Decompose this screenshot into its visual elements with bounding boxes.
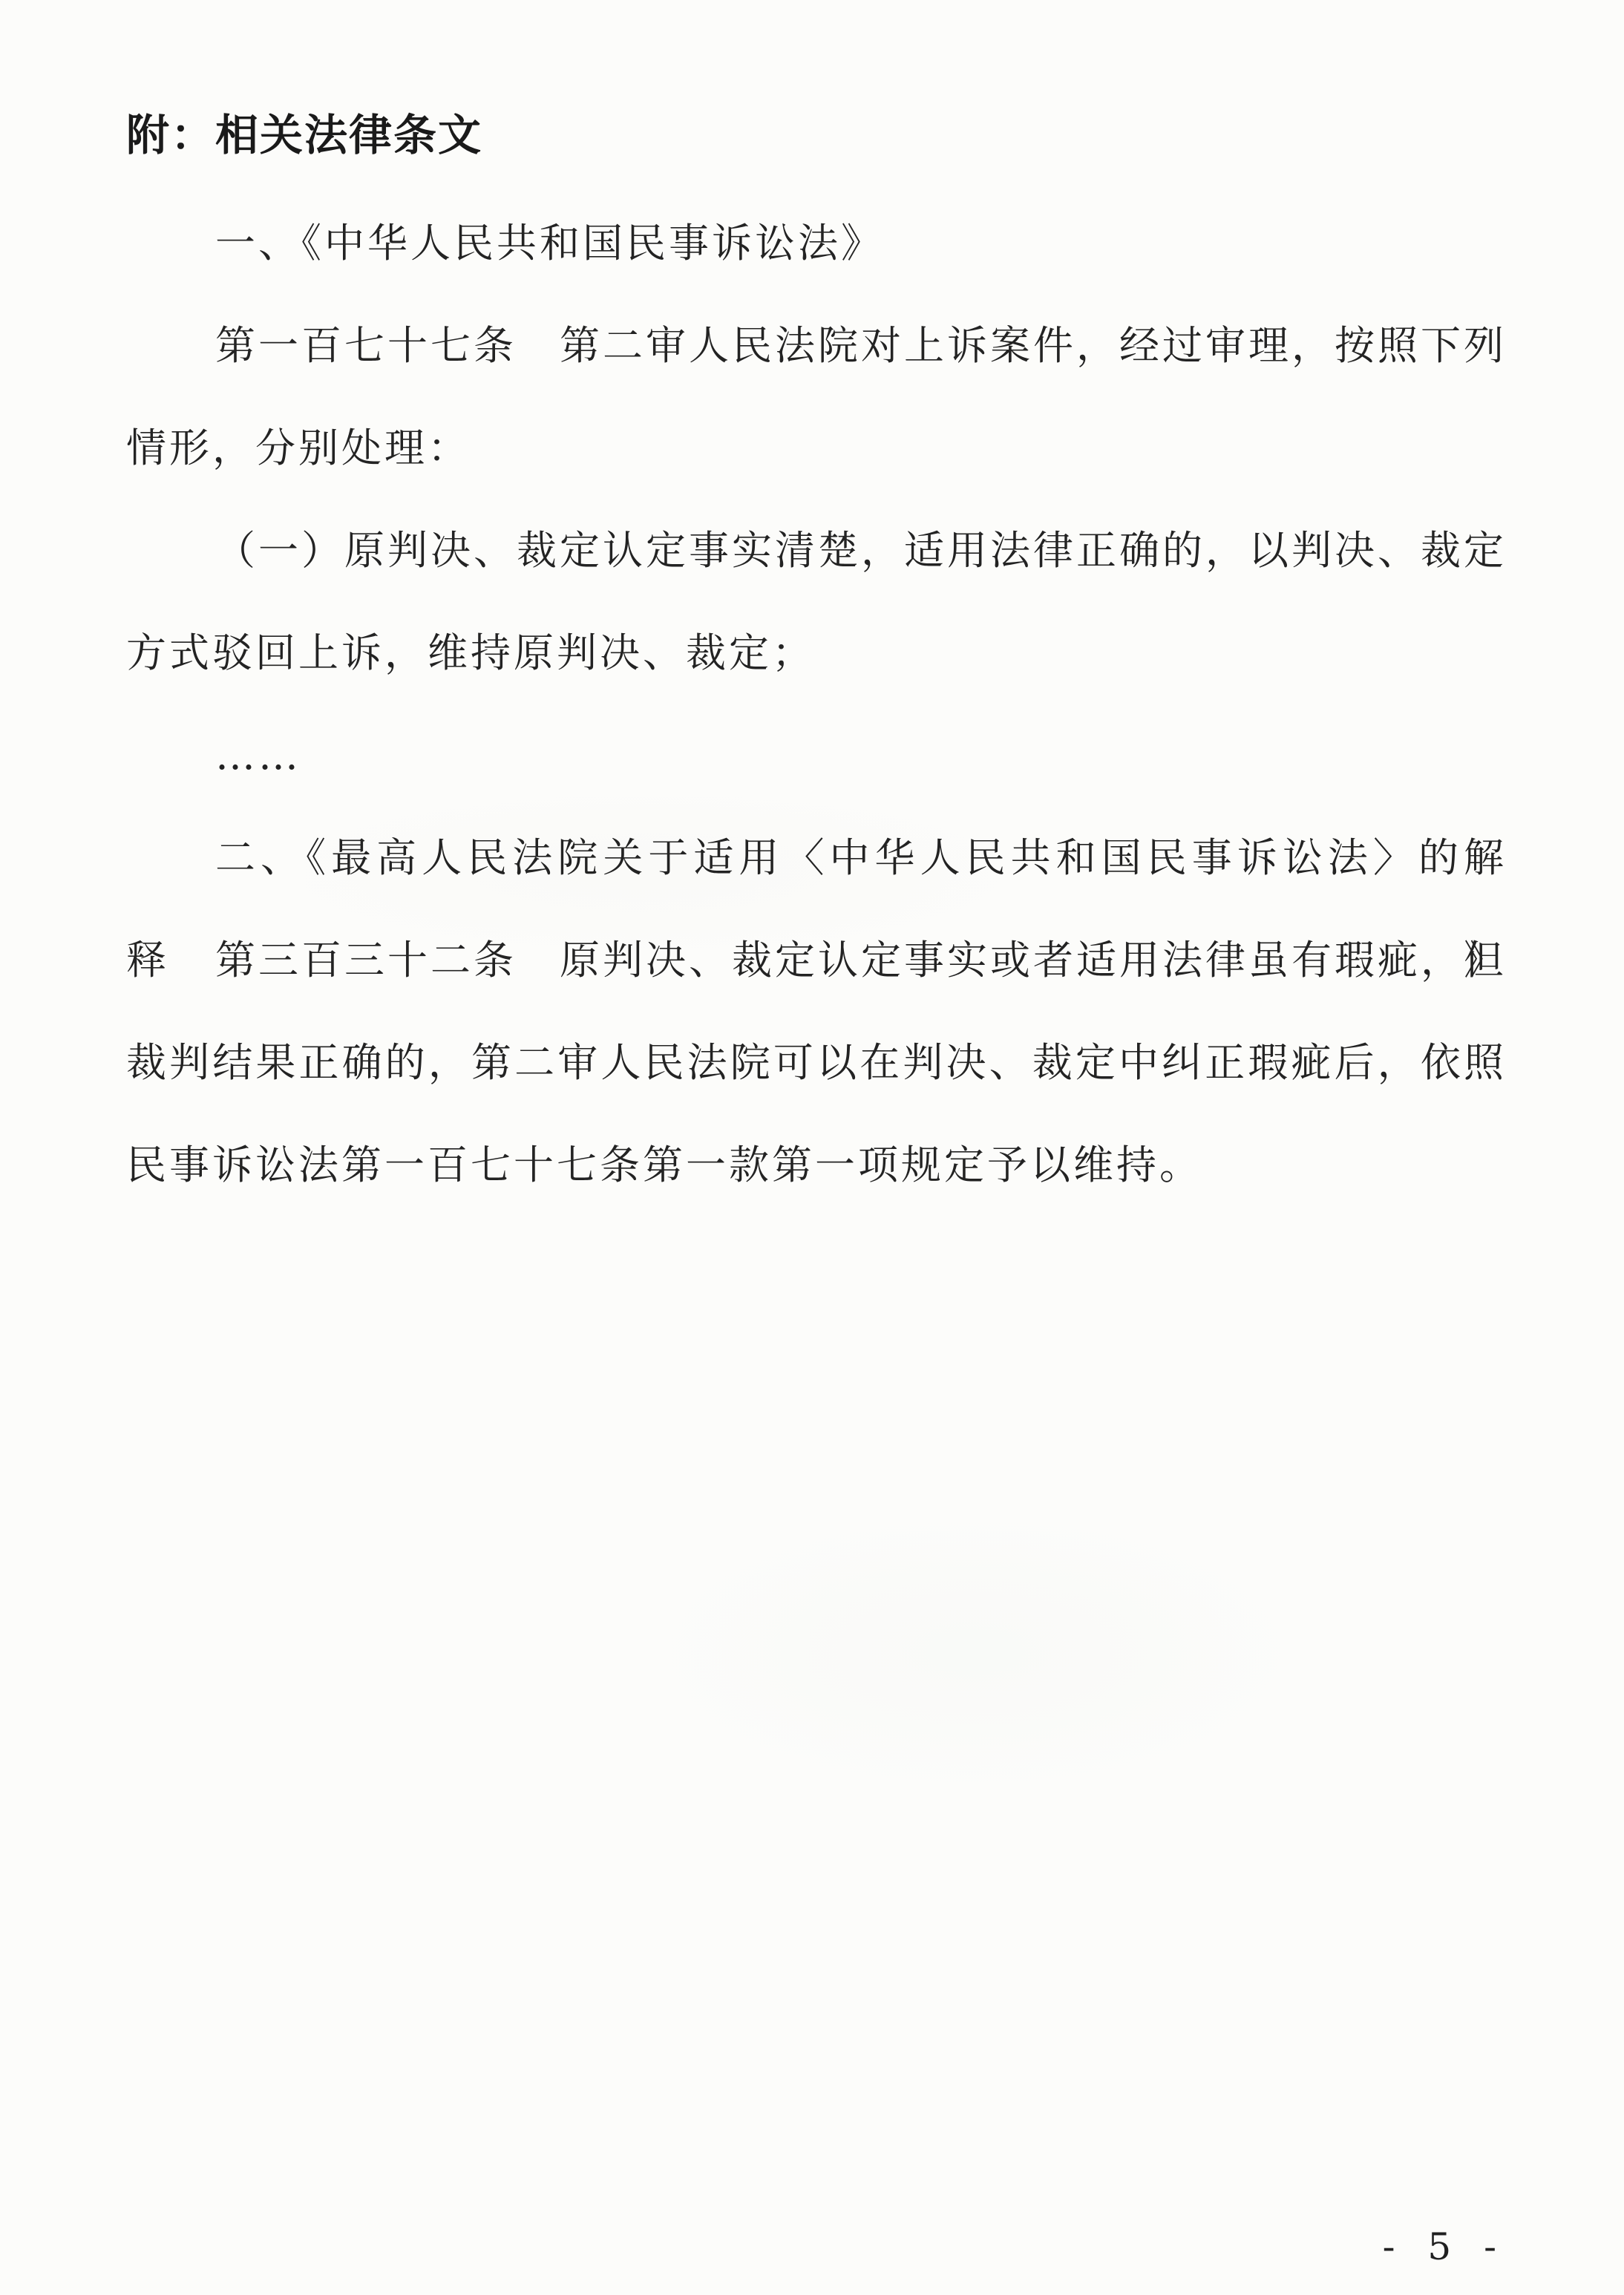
article-332-line-3: 民事诉讼法第一百七十七条第一款第一项规定予以维持。 <box>126 1114 1507 1217</box>
article-177-item-1-line-1: （一）原判决、裁定认定事实清楚，适用法律正确的，以判决、裁定 <box>126 500 1507 602</box>
article-177-line-2: 情形，分别处理： <box>126 397 1507 500</box>
article-177-item-1-line-2: 方式驳回上诉，维持原判决、裁定； <box>126 602 1507 704</box>
section-1-heading: 一、《中华人民共和国民事诉讼法》 <box>126 192 1507 295</box>
article-332-line-1: 第三百三十二条 原判决、裁定认定事实或者适用法律虽有瑕疵，但 <box>126 909 1507 1012</box>
article-177-line-1: 第一百七十七条 第二审人民法院对上诉案件，经过审理，按照下列 <box>126 295 1507 397</box>
document-body: 附：相关法律条文 一、《中华人民共和国民事诉讼法》 第一百七十七条 第二审人民法… <box>126 0 1507 1217</box>
page-number: - 5 - <box>1383 2225 1507 2268</box>
article-332-line-2: 裁判结果正确的，第二审人民法院可以在判决、裁定中纠正瑕疵后，依照 <box>126 1012 1507 1114</box>
ellipsis-line: …… <box>126 704 1507 807</box>
section-2-heading: 二、《最高人民法院关于适用〈中华人民共和国民事诉讼法〉的解释》 <box>126 807 1507 909</box>
attachment-title: 附：相关法律条文 <box>126 84 1507 186</box>
document-page: 附：相关法律条文 一、《中华人民共和国民事诉讼法》 第一百七十七条 第二审人民法… <box>0 0 1624 2295</box>
